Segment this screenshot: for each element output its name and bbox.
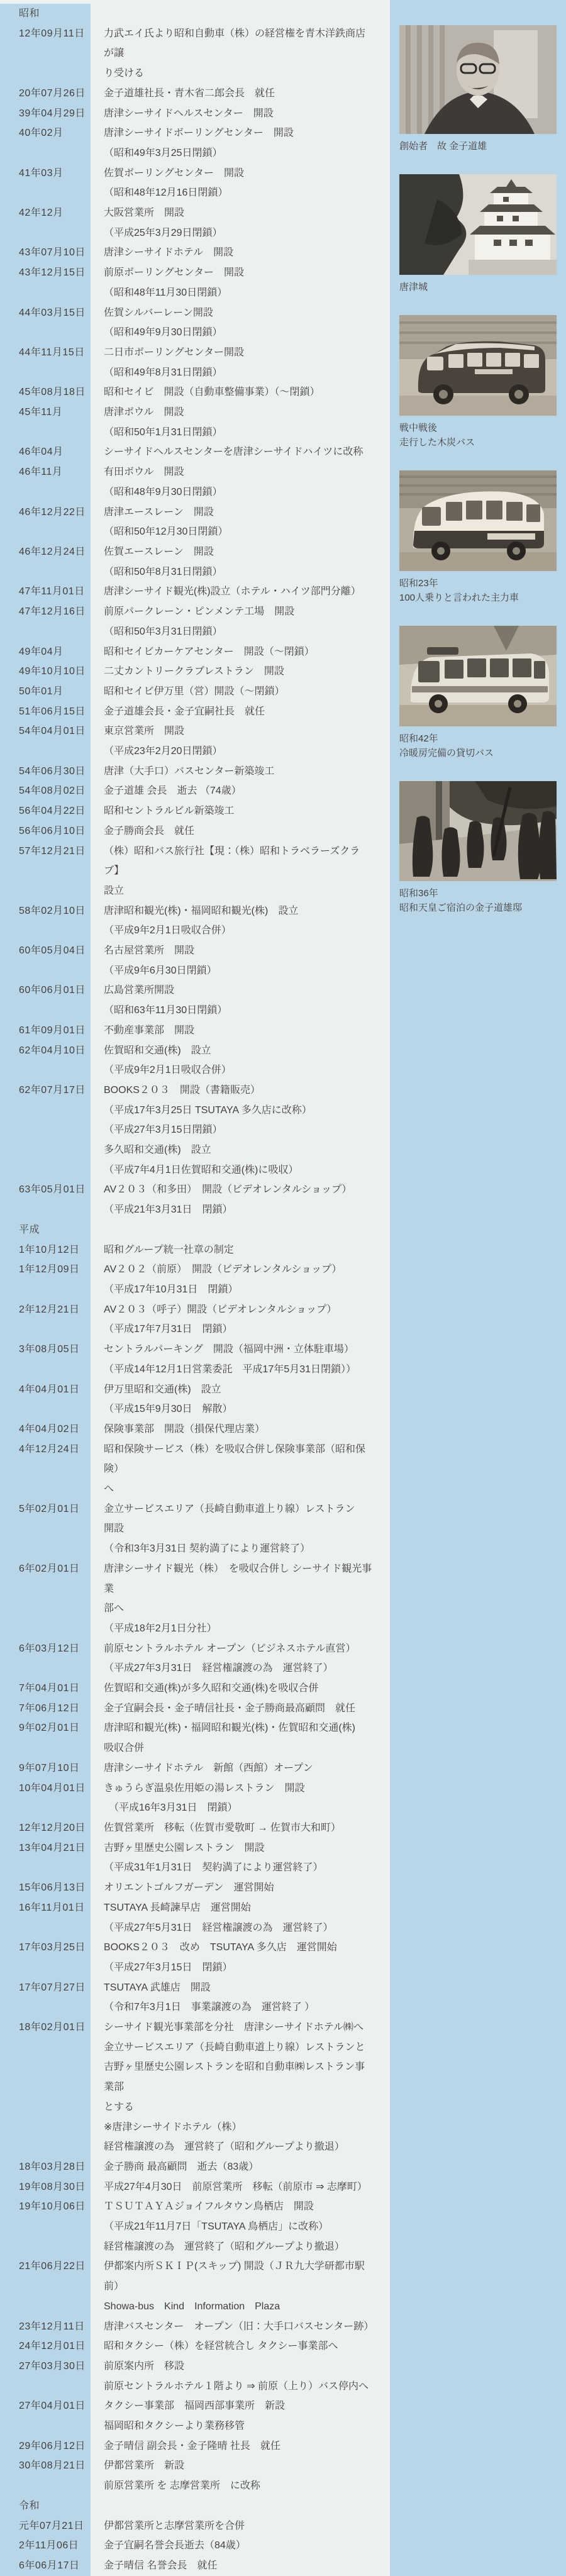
charter-bus-showa42-photo — [399, 626, 557, 726]
entry-text: 唐津昭和観光(株)・福岡昭和観光(株) 設立（平成9年2月1日吸収合併） — [91, 901, 390, 941]
entry-line: 前原案内所 移設 — [104, 2357, 374, 2377]
entry-text: 唐津シーサイドヘルスセンター 開設 — [91, 104, 390, 124]
entry-text: 昭和セイビカーケアセンター 開設（～閉鎖） — [91, 642, 390, 662]
entry-line: へ — [104, 1479, 374, 1499]
entry-line: 設立 — [104, 881, 374, 901]
entry-line: 佐賀営業所 移転（佐賀市愛敬町 → 佐賀市大和町） — [104, 1818, 374, 1838]
photo-caption-line: 昭和42年 — [399, 731, 557, 746]
timeline-entry: 27年04月01日タクシー事業部 福岡西部事業所 新設福岡昭和タクシーより業務移… — [0, 2396, 390, 2436]
entry-line: 吉野ヶ里歴史公園レストラン 開設 — [104, 1838, 374, 1858]
photo-caption: 昭和23年100人乗りと言われた主力車 — [399, 576, 557, 605]
entry-date: 23年12月11日 — [0, 2317, 91, 2337]
entry-text: 唐津昭和観光(株)・福岡昭和観光(株)・佐賀昭和交通(株)吸収合併 — [91, 1718, 390, 1758]
entry-text: 佐賀シルバーレーン開設（昭和49年9月30日閉鎖） — [91, 303, 390, 343]
entry-date: 56年06月10日 — [0, 821, 91, 841]
timeline-entry: 49年10月10日二丈カントリークラブレストラン 開設 — [0, 662, 390, 682]
entry-date: 2年12月21日 — [0, 1300, 91, 1340]
entry-date: 16年11月01日 — [0, 1898, 91, 1938]
timeline-entry: 58年02月10日唐津昭和観光(株)・福岡昭和観光(株) 設立（平成9年2月1日… — [0, 901, 390, 941]
timeline-entry: 44年03月15日佐賀シルバーレーン開設（昭和49年9月30日閉鎖） — [0, 303, 390, 343]
entry-line: （昭和49年8月31日閉鎖） — [104, 363, 374, 383]
timeline-entry: 56年04月22日昭和セントラルビル新築竣工 — [0, 801, 390, 821]
entry-line: オリエントゴルフガーデン 運営開始 — [104, 1878, 374, 1898]
entry-line: （平成18年2月1日分社） — [104, 1619, 374, 1639]
timeline-entry: 45年11月唐津ボウル 開設（昭和50年1月31日閉鎖） — [0, 402, 390, 442]
entry-line: （平成15年9月30日 解散） — [104, 1399, 374, 1419]
entry-line: 大阪営業所 開設 — [104, 203, 374, 223]
entry-text: 前原ボーリングセンター 開設（昭和48年11月30日閉鎖） — [91, 263, 390, 303]
entry-text: BOOKS２０３ 開設（書籍販売）（平成17年3月25日 TSUTAYA 多久店… — [91, 1080, 390, 1180]
timeline-entry: 60年05月04日名古屋営業所 開設（平成9年6月30日閉鎖） — [0, 941, 390, 980]
entry-date: 54年06月30日 — [0, 762, 91, 782]
entry-line: タクシー事業部 福岡西部事業所 新設 — [104, 2396, 374, 2416]
timeline-entry: 42年12月大阪営業所 開設（平成25年3月29日閉鎖） — [0, 203, 390, 243]
entry-date: 1年12月09日 — [0, 1260, 91, 1299]
entry-date: 19年08月30日 — [0, 2177, 91, 2197]
entry-line: セントラルパーキング 開設（福岡中洲・立体駐車場） — [104, 1340, 374, 1360]
entry-line: （昭和49年3月25日閉鎖） — [104, 143, 374, 164]
entry-line: 力武エイ氏より昭和自動車（株）の経営権を青木洋鉄商店が譲 — [104, 24, 374, 64]
timeline-entry: 18年02月01日シーサイド観光事業部を分社 唐津シーサイドホテル㈱へ金立サービ… — [0, 2018, 390, 2157]
entry-date: 46年12月24日 — [0, 542, 91, 582]
entry-text: TSUTAYA 長崎諫早店 運営開始（平成27年5月31日 経営権譲渡の為 運営… — [91, 1898, 390, 1938]
timeline-entry: 54年08月02日金子道雄 会長 逝去 （74歳） — [0, 781, 390, 801]
entry-line: 伊万里昭和交通(株) 設立 — [104, 1380, 374, 1400]
entry-line: （平成27年5月31日 経営権譲渡の為 運営終了） — [104, 1918, 374, 1938]
timeline-entry: 46年11月有田ボウル 開設（昭和48年9月30日閉鎖） — [0, 462, 390, 502]
timeline-entry: 21年06月22日伊都案内所ＳＫＩＰ(スキップ) 開設（ＪＲ九大学研都市駅前）S… — [0, 2257, 390, 2316]
entry-text: 広島営業所開設（昭和63年11月30日閉鎖） — [91, 980, 390, 1020]
timeline-entry: 51年06月15日金子道雄会長・金子宜嗣社長 就任 — [0, 702, 390, 722]
entry-line: 伊都営業所と志摩営業所を合併 — [104, 2516, 374, 2536]
entry-line: 唐津シーサイドヘルスセンター 開設 — [104, 104, 374, 124]
entry-date: 54年08月02日 — [0, 781, 91, 801]
entry-line: 昭和セイビ 開設（自動車整備事業）（～閉鎖） — [104, 382, 374, 402]
entry-date: 1年10月12日 — [0, 1240, 91, 1260]
entry-line: 唐津バスセンター オープン（旧：大手口バスセンター跡） — [104, 2317, 374, 2337]
timeline-entry: 15年06月13日オリエントゴルフガーデン 運営開始 — [0, 1878, 390, 1898]
entry-line: 金立サービスエリア（長崎自動車道上り線）レストラン 開設 — [104, 1499, 374, 1539]
timeline-entry: 39年04月29日唐津シーサイドヘルスセンター 開設 — [0, 104, 390, 124]
timeline-entry: 13年04月21日吉野ヶ里歴史公園レストラン 開設（平成31年1月31日 契約満… — [0, 1838, 390, 1878]
entry-line: ※唐津シーサイドホテル（株） — [104, 2118, 374, 2138]
timeline-entry: 45年08月18日昭和セイビ 開設（自動車整備事業）（～閉鎖） — [0, 382, 390, 402]
entry-text: 東京営業所 開設（平成23年2月20日閉鎖） — [91, 721, 390, 761]
entry-text: シーサイド観光事業部を分社 唐津シーサイドホテル㈱へ金立サービスエリア（長崎自動… — [91, 2018, 390, 2157]
entry-line: （昭和48年12月16日閉鎖） — [104, 183, 374, 203]
era-label: 令和 — [19, 2501, 40, 2511]
main-bus-showa23-photo-block: 昭和23年100人乗りと言われた主力車 — [399, 470, 557, 605]
entry-date: 63年05月01日 — [0, 1180, 91, 1219]
timeline-entry: 2年12月21日AV２０３（呼子）開設（ビデオレンタルショップ）（平成17年7月… — [0, 1300, 390, 1340]
entry-line: シーサイドヘルスセンターを唐津シーサイドハイツに改称 — [104, 442, 374, 462]
entry-line: Showa-bus Kind Information Plaza — [104, 2297, 374, 2317]
entry-line: 唐津シーサイドホテル 新館（西館）オープン — [104, 1758, 374, 1779]
entry-text: 保険事業部 開設（損保代理店業） — [91, 1419, 390, 1440]
entry-text: 有田ボウル 開設（昭和48年9月30日閉鎖） — [91, 462, 390, 502]
timeline-entry: 9年07月10日唐津シーサイドホテル 新館（西館）オープン — [0, 1758, 390, 1779]
entry-line: 佐賀昭和交通(株) 設立 — [104, 1041, 374, 1061]
entry-text: オリエントゴルフガーデン 運営開始 — [91, 1878, 390, 1898]
entry-line: （平成27年3月15日閉鎖） — [104, 1120, 374, 1140]
entry-line: 不動産事業部 開設 — [104, 1021, 374, 1041]
entry-line: （平成23年2月20日閉鎖） — [104, 741, 374, 762]
entry-line: （株）昭和バス旅行社【現：（株）昭和トラベラーズクラブ】 — [104, 841, 374, 881]
timeline-entry: 41年03月佐賀ボーリングセンター 開設（昭和48年12月16日閉鎖） — [0, 164, 390, 203]
era-header-row: 令和 — [0, 2496, 390, 2516]
entry-text: 佐賀ボーリングセンター 開設（昭和48年12月16日閉鎖） — [91, 164, 390, 203]
entry-line: 伊都案内所ＳＫＩＰ(スキップ) 開設（ＪＲ九大学研都市駅前） — [104, 2257, 374, 2296]
entry-line: 昭和グループ統一社章の制定 — [104, 1240, 374, 1260]
entry-line: （平成21年11月7日「TSUTAYA 鳥栖店」に改称） — [104, 2217, 374, 2237]
timeline-entry: 54年04月01日東京営業所 開設（平成23年2月20日閉鎖） — [0, 721, 390, 761]
entry-text: 昭和タクシー（株）を経営統合し タクシー事業部へ — [91, 2336, 390, 2357]
entry-line: 有田ボウル 開設 — [104, 462, 374, 482]
entry-date: 12年09月11日 — [0, 24, 91, 84]
entry-line: TSUTAYA 長崎諫早店 運営開始 — [104, 1898, 374, 1918]
entry-text: 金子勝商 最高顧問 逝去（83歳） — [91, 2157, 390, 2177]
entry-date: 元年07月21日 — [0, 2516, 91, 2536]
entry-line: 佐賀エースレーン 開設 — [104, 542, 374, 562]
karatsu-castle-photo — [399, 174, 557, 275]
entry-line: 佐賀シルバーレーン開設 — [104, 303, 374, 323]
entry-line: 平成27年4月30日 前原営業所 移転（前原市 ⇒ 志摩町） — [104, 2177, 374, 2197]
entry-line: 経営権譲渡の為 運営終了（昭和グループより撤退） — [104, 2137, 374, 2157]
timeline-entry: 27年03月30日前原案内所 移設前原セントラルホテル１階より ⇒ 前原（上り）… — [0, 2357, 390, 2396]
entry-text: 佐賀エースレーン 開設（昭和50年8月31日閉鎖） — [91, 542, 390, 582]
timeline-entry: 17年07月27日TSUTAYA 武雄店 開設（令和7年3月1日 事業譲渡の為 … — [0, 1978, 390, 2018]
entry-line: （昭和50年12月30日閉鎖） — [104, 522, 374, 542]
timeline-entry: 17年03月25日BOOKS２０３ 改め TSUTAYA 多久店 運営開始（平成… — [0, 1938, 390, 1977]
entry-line: 前原営業所 を 志摩営業所 に改称 — [104, 2476, 374, 2496]
entry-date: 60年05月04日 — [0, 941, 91, 980]
entry-date: 56年04月22日 — [0, 801, 91, 821]
entry-line: 前原セントラルホテル１階より ⇒ 前原（上り）バス停内へ — [104, 2377, 374, 2397]
entry-text: タクシー事業部 福岡西部事業所 新設福岡昭和タクシーより業務移管 — [91, 2396, 390, 2436]
photo-caption-line: 冷暖房完備の貸切バス — [399, 746, 557, 760]
era-header-spacer — [91, 4, 390, 24]
entry-text: 前原案内所 移設前原セントラルホテル１階より ⇒ 前原（上り）バス停内へ — [91, 2357, 390, 2396]
founder-portrait-photo — [399, 25, 557, 134]
timeline-entry: 54年06月30日唐津（大手口）バスセンター新築竣工 — [0, 762, 390, 782]
timeline-entry: 23年12月11日唐津バスセンター オープン（旧：大手口バスセンター跡） — [0, 2317, 390, 2337]
timeline-entry: 57年12月21日（株）昭和バス旅行社【現：（株）昭和トラベラーズクラブ】設立 — [0, 841, 390, 901]
founder-portrait-photo-block: 創始者 故 金子道雄 — [399, 0, 557, 153]
photo-caption-line: 昭和23年 — [399, 576, 557, 591]
entry-line: 金立サービスエリア（長崎自動車道上り線）レストランと — [104, 2038, 374, 2058]
timeline-entry: 12年12月20日佐賀営業所 移転（佐賀市愛敬町 → 佐賀市大和町） — [0, 1818, 390, 1838]
timeline-entry: 12年09月11日力武エイ氏より昭和自動車（株）の経営権を青木洋鉄商店が譲り受け… — [0, 24, 390, 84]
entry-date: 18年02月01日 — [0, 2018, 91, 2157]
entry-line: 唐津シーサイドホテル 開設 — [104, 243, 374, 263]
entry-date: 13年04月21日 — [0, 1838, 91, 1878]
entry-date: 49年04月 — [0, 642, 91, 662]
main-bus-showa23-photo — [399, 470, 557, 571]
timeline-entry: 20年07月26日金子道雄社長・青木省二郎会長 就任 — [0, 84, 390, 104]
entry-text: 二日市ボーリングセンター開設（昭和49年8月31日閉鎖） — [91, 343, 390, 382]
timeline-entry: 60年06月01日広島営業所開設（昭和63年11月30日閉鎖） — [0, 980, 390, 1020]
timeline-entry: 7年04月01日佐賀昭和交通(株)が多久昭和交通(株)を吸収合併 — [0, 1679, 390, 1699]
entry-date: 49年10月10日 — [0, 662, 91, 682]
entry-date: 12年12月20日 — [0, 1818, 91, 1838]
entry-text: ＴＳＵＴＡＹＡジョイフルタウン鳥栖店 開設（平成21年11月7日「TSUTAYA… — [91, 2197, 390, 2257]
timeline-rows: 昭和12年09月11日力武エイ氏より昭和自動車（株）の経営権を青木洋鉄商店が譲り… — [0, 4, 390, 2576]
entry-line: （昭和48年11月30日閉鎖） — [104, 283, 374, 303]
entry-line: （平成14年12月1日営業委託 平成17年5月31日閉鎖）） — [104, 1360, 374, 1380]
entry-text: AV２０３（和多田） 開設（ビデオレンタルショップ）（平成21年3月31日 閉鎖… — [91, 1180, 390, 1219]
entry-date: 58年02月10日 — [0, 901, 91, 941]
entry-text: 唐津エースレーン 開設（昭和50年12月30日閉鎖） — [91, 502, 390, 542]
entry-line: 経営権譲渡の為 運営終了（昭和グループより撤退） — [104, 2237, 374, 2257]
timeline-entry: 4年04月02日保険事業部 開設（損保代理店業） — [0, 1419, 390, 1440]
timeline-entry: 6年02月01日唐津シーサイド観光（株） を吸収合併し シーサイド観光事業部へ（… — [0, 1559, 390, 1639]
entry-date: 20年07月26日 — [0, 84, 91, 104]
entry-date: 41年03月 — [0, 164, 91, 203]
entry-date: 17年07月27日 — [0, 1978, 91, 2018]
entry-date: 9年07月10日 — [0, 1758, 91, 1779]
entry-text: 二丈カントリークラブレストラン 開設 — [91, 662, 390, 682]
entry-text: 金子宜嗣名誉会長逝去（84歳） — [91, 2536, 390, 2556]
entry-line: 保険事業部 開設（損保代理店業） — [104, 1419, 374, 1440]
timeline-entry: 30年08月21日伊都営業所 新設前原営業所 を 志摩営業所 に改称 — [0, 2456, 390, 2495]
era-header-spacer — [91, 2496, 390, 2516]
entry-line: 昭和タクシー（株）を経営統合し タクシー事業部へ — [104, 2336, 374, 2357]
entry-line: 金子宜嗣名誉会長逝去（84歳） — [104, 2536, 374, 2556]
entry-date: 18年03月28日 — [0, 2157, 91, 2177]
entry-line: 金子晴信 名誉会長 就任 — [104, 2556, 374, 2576]
timeline-entry: 29年06月12日金子晴信 副会長・金子隆晴 社長 就任 — [0, 2436, 390, 2457]
entry-line: （平成17年7月31日 閉鎖） — [104, 1319, 374, 1340]
entry-date: 57年12月21日 — [0, 841, 91, 901]
entry-line: 前原ボーリングセンター 開設 — [104, 263, 374, 283]
entry-text: TSUTAYA 武雄店 開設（令和7年3月1日 事業譲渡の為 運営終了 ） — [91, 1978, 390, 2018]
entry-line: BOOKS２０３ 開設（書籍販売） — [104, 1080, 374, 1101]
entry-date: 40年02月 — [0, 123, 91, 163]
entry-line: 吸収合併 — [104, 1738, 374, 1758]
entry-text: 唐津（大手口）バスセンター新築竣工 — [91, 762, 390, 782]
photo-caption-line: 100人乗りと言われた主力車 — [399, 591, 557, 605]
entry-line: 昭和セイビ伊万里（営）開設（～閉鎖） — [104, 682, 374, 702]
entry-date: 46年04月 — [0, 442, 91, 462]
photo-caption: 創始者 故 金子道雄 — [399, 139, 557, 153]
entry-text: 金子道雄社長・青木省二郎会長 就任 — [91, 84, 390, 104]
entry-line: 金子道雄 会長 逝去 （74歳） — [104, 781, 374, 801]
entry-text: 唐津シーサイドホテル 新館（西館）オープン — [91, 1758, 390, 1779]
entry-line: 昭和セイビカーケアセンター 開設（～閉鎖） — [104, 642, 374, 662]
timeline-entry: 49年04月昭和セイビカーケアセンター 開設（～閉鎖） — [0, 642, 390, 662]
entry-line: 伊都営業所 新設 — [104, 2456, 374, 2476]
timeline-entry: 19年08月30日平成27年4月30日 前原営業所 移転（前原市 ⇒ 志摩町） — [0, 2177, 390, 2197]
entry-date: 47年11月01日 — [0, 582, 91, 602]
entry-date: 4年04月02日 — [0, 1419, 91, 1440]
entry-line: （平成9年6月30日閉鎖） — [104, 961, 374, 981]
entry-line: 昭和セントラルビル新築竣工 — [104, 801, 374, 821]
entry-line: （令和3年3月31日 契約満了により運営終了） — [104, 1539, 374, 1559]
entry-text: 金子道雄 会長 逝去 （74歳） — [91, 781, 390, 801]
entry-date: 27年04月01日 — [0, 2396, 91, 2436]
entry-text: 金子勝商会長 就任 — [91, 821, 390, 841]
photo-sidebar: 創始者 故 金子道雄 唐津城 — [390, 0, 566, 2576]
photo-caption: 昭和42年冷暖房完備の貸切バス — [399, 731, 557, 760]
entry-line: 佐賀ボーリングセンター 開設 — [104, 164, 374, 184]
entry-text: 力武エイ氏より昭和自動車（株）の経営権を青木洋鉄商店が譲り受ける — [91, 24, 390, 84]
entry-line: 多久昭和交通(株) 設立 — [104, 1140, 374, 1160]
timeline-entry: 62年07月17日BOOKS２０３ 開設（書籍販売）（平成17年3月25日 TS… — [0, 1080, 390, 1180]
entry-text: 金子道雄会長・金子宜嗣社長 就任 — [91, 702, 390, 722]
entry-line: 金子晴信 副会長・金子隆晴 社長 就任 — [104, 2436, 374, 2457]
entry-line: （平成16年3月31日 閉鎖） — [104, 1798, 374, 1818]
entry-line: 唐津シーサイド観光（株） を吸収合併し シーサイド観光事業 — [104, 1559, 374, 1599]
timeline-entry: 18年03月28日金子勝商 最高顧問 逝去（83歳） — [0, 2157, 390, 2177]
entry-date: 6年02月01日 — [0, 1559, 91, 1639]
entry-line: 前原パークレーン・ピンメンテ工場 開設 — [104, 602, 374, 622]
era-header-row: 平成 — [0, 1220, 390, 1240]
entry-date: 61年09月01日 — [0, 1021, 91, 1041]
entry-date: 5年02月01日 — [0, 1499, 91, 1559]
photo-caption: 唐津城 — [399, 280, 557, 294]
timeline-entry: 61年09月01日不動産事業部 開設 — [0, 1021, 390, 1041]
entry-text: 金立サービスエリア（長崎自動車道上り線）レストラン 開設（令和3年3月31日 契… — [91, 1499, 390, 1559]
entry-date: 30年08月21日 — [0, 2456, 91, 2495]
entry-text: AV２０２（前原） 開設（ビデオレンタルショップ）（平成17年10月31日 閉鎖… — [91, 1260, 390, 1299]
entry-line: 部へ — [104, 1599, 374, 1619]
entry-text: 不動産事業部 開設 — [91, 1021, 390, 1041]
timeline-entry: 63年05月01日AV２０３（和多田） 開設（ビデオレンタルショップ）（平成21… — [0, 1180, 390, 1219]
timeline-entry: 元年07月21日伊都営業所と志摩営業所を合併 — [0, 2516, 390, 2536]
entry-date: 10年04月01日 — [0, 1779, 91, 1818]
karatsu-castle-photo-block: 唐津城 — [399, 174, 557, 294]
entry-line: （昭和50年3月31日閉鎖） — [104, 622, 374, 642]
photo-caption-line: 唐津城 — [399, 280, 557, 294]
entry-text: きゅうらぎ温泉佐用姫の湯レストラン 開設 （平成16年3月31日 閉鎖） — [91, 1779, 390, 1818]
entry-date: 44年03月15日 — [0, 303, 91, 343]
entry-text: 昭和グループ統一社章の制定 — [91, 1240, 390, 1260]
entry-date: 21年06月22日 — [0, 2257, 91, 2316]
entry-line: 二日市ボーリングセンター開設 — [104, 343, 374, 363]
entry-date: 6年03月12日 — [0, 1639, 91, 1679]
entry-line: 東京営業所 開設 — [104, 721, 374, 741]
entry-line: とする — [104, 2097, 374, 2118]
entry-date: 29年06月12日 — [0, 2436, 91, 2457]
history-timeline: 昭和12年09月11日力武エイ氏より昭和自動車（株）の経営権を青木洋鉄商店が譲り… — [0, 0, 390, 2576]
timeline-entry: 7年06月12日金子宜嗣会長・金子晴信社長・金子勝商最高顧問 就任 — [0, 1699, 390, 1719]
timeline-entry: 40年02月唐津シーサイドボーリングセンター 開設（昭和49年3月25日閉鎖） — [0, 123, 390, 163]
entry-line: 前原セントラルホテル オープン（ビジネスホテル直営） — [104, 1639, 374, 1659]
entry-line: 広島営業所開設 — [104, 980, 374, 1001]
entry-text: 平成27年4月30日 前原営業所 移転（前原市 ⇒ 志摩町） — [91, 2177, 390, 2197]
entry-line: （平成17年10月31日 閉鎖） — [104, 1280, 374, 1300]
photo-caption-line: 昭和36年 — [399, 886, 557, 901]
timeline-entry: 19年10月06日ＴＳＵＴＡＹＡジョイフルタウン鳥栖店 開設（平成21年11月7… — [0, 2197, 390, 2257]
entry-text: 前原パークレーン・ピンメンテ工場 開設（昭和50年3月31日閉鎖） — [91, 602, 390, 641]
entry-date: 46年11月 — [0, 462, 91, 502]
timeline-entry: 43年12月15日前原ボーリングセンター 開設（昭和48年11月30日閉鎖） — [0, 263, 390, 303]
entry-text: 昭和セントラルビル新築竣工 — [91, 801, 390, 821]
era-header-spacer — [91, 1220, 390, 1240]
timeline-entry: 47年11月01日唐津シーサイド観光(株)設立（ホテル・ハイツ部門分離） — [0, 582, 390, 602]
entry-text: 唐津ボウル 開設（昭和50年1月31日閉鎖） — [91, 402, 390, 442]
entry-line: 金子勝商 最高顧問 逝去（83歳） — [104, 2157, 374, 2177]
entry-line: 吉野ヶ里歴史公園レストランを昭和自動車㈱レストラン事業部 — [104, 2057, 374, 2097]
timeline-entry: 4年12月24日昭和保険サービス（株）を吸収合併し保険事業部（昭和保険）へ — [0, 1440, 390, 1499]
entry-line: （平成27年3月31日 経営権譲渡の為 運営終了） — [104, 1658, 374, 1679]
entry-line: （平成31年1月31日 契約満了により運営終了） — [104, 1858, 374, 1878]
entry-line: TSUTAYA 武雄店 開設 — [104, 1978, 374, 1998]
entry-line: （昭和50年1月31日閉鎖） — [104, 423, 374, 443]
entry-line: （平成17年3月25日 TSUTAYA 多久店に改称） — [104, 1101, 374, 1121]
timeline-entry: 9年02月01日唐津昭和観光(株)・福岡昭和観光(株)・佐賀昭和交通(株)吸収合… — [0, 1718, 390, 1758]
entry-date: 51年06月15日 — [0, 702, 91, 722]
entry-text: 伊都営業所 新設前原営業所 を 志摩営業所 に改称 — [91, 2456, 390, 2495]
entry-line: 福岡昭和タクシーより業務移管 — [104, 2416, 374, 2436]
entry-text: AV２０３（呼子）開設（ビデオレンタルショップ）（平成17年7月31日 閉鎖） — [91, 1300, 390, 1340]
entry-line: 金子勝商会長 就任 — [104, 821, 374, 841]
entry-date: 54年04月01日 — [0, 721, 91, 761]
entry-date: 62年04月10日 — [0, 1041, 91, 1080]
entry-line: （昭和63年11月30日閉鎖） — [104, 1001, 374, 1021]
kaneko-residence-showa36-photo — [399, 781, 557, 881]
entry-date: 24年12月01日 — [0, 2336, 91, 2357]
entry-line: 金子道雄会長・金子宜嗣社長 就任 — [104, 702, 374, 722]
entry-line: 唐津昭和観光(株)・福岡昭和観光(株)・佐賀昭和交通(株) — [104, 1718, 374, 1738]
charcoal-bus-photo-block: 戦中戦後走行した木炭バス — [399, 315, 557, 450]
kaneko-residence-showa36-photo-block: 昭和36年昭和天皇ご宿泊の金子道雄邸 — [399, 781, 557, 915]
timeline-entry: 5年02月01日金立サービスエリア（長崎自動車道上り線）レストラン 開設（令和3… — [0, 1499, 390, 1559]
timeline-entry: 2年11月06日金子宜嗣名誉会長逝去（84歳） — [0, 2536, 390, 2556]
entry-line: 佐賀昭和交通(株)が多久昭和交通(株)を吸収合併 — [104, 1679, 374, 1699]
entry-date: 43年07月10日 — [0, 243, 91, 263]
entry-line: 唐津昭和観光(株)・福岡昭和観光(株) 設立 — [104, 901, 374, 921]
entry-line: 唐津シーサイドボーリングセンター 開設 — [104, 123, 374, 143]
era-label-cell: 昭和 — [0, 4, 91, 24]
entry-date: 50年01月 — [0, 682, 91, 702]
entry-text: 唐津シーサイド観光（株） を吸収合併し シーサイド観光事業部へ（平成18年2月1… — [91, 1559, 390, 1639]
entry-line: （昭和48年9月30日閉鎖） — [104, 482, 374, 502]
entry-text: 昭和セイビ伊万里（営）開設（～閉鎖） — [91, 682, 390, 702]
entry-text: 昭和保険サービス（株）を吸収合併し保険事業部（昭和保険）へ — [91, 1440, 390, 1499]
photo-caption-line: 戦中戦後 — [399, 421, 557, 435]
entry-line: AV２０３（和多田） 開設（ビデオレンタルショップ） — [104, 1180, 374, 1200]
entry-date: 4年04月01日 — [0, 1380, 91, 1419]
timeline-entry: 6年03月12日前原セントラルホテル オープン（ビジネスホテル直営）（平成27年… — [0, 1639, 390, 1679]
entry-date: 45年11月 — [0, 402, 91, 442]
entry-line: 金子道雄社長・青木省二郎会長 就任 — [104, 84, 374, 104]
entry-date: 9年02月01日 — [0, 1718, 91, 1758]
entry-date: 2年11月06日 — [0, 2536, 91, 2556]
entry-text: 伊万里昭和交通(株) 設立（平成15年9月30日 解散） — [91, 1380, 390, 1419]
entry-line: シーサイド観光事業部を分社 唐津シーサイドホテル㈱へ — [104, 2018, 374, 2038]
entry-line: AV２０３（呼子）開設（ビデオレンタルショップ） — [104, 1300, 374, 1320]
timeline-entry: 46年12月24日佐賀エースレーン 開設（昭和50年8月31日閉鎖） — [0, 542, 390, 582]
entry-date: 46年12月22日 — [0, 502, 91, 542]
entry-date: 27年03月30日 — [0, 2357, 91, 2396]
entry-line: 昭和保険サービス（株）を吸収合併し保険事業部（昭和保険） — [104, 1440, 374, 1479]
timeline-entry: 4年04月01日伊万里昭和交通(株) 設立（平成15年9月30日 解散） — [0, 1380, 390, 1419]
entry-date: 19年10月06日 — [0, 2197, 91, 2257]
entry-line: （平成9年2月1日吸収合併） — [104, 1060, 374, 1080]
entry-text: 伊都営業所と志摩営業所を合併 — [91, 2516, 390, 2536]
entry-text: （株）昭和バス旅行社【現：（株）昭和トラベラーズクラブ】設立 — [91, 841, 390, 901]
entry-line: 金子宜嗣会長・金子晴信社長・金子勝商最高顧問 就任 — [104, 1699, 374, 1719]
entry-line: 二丈カントリークラブレストラン 開設 — [104, 662, 374, 682]
entry-line: （平成25年3月29日閉鎖） — [104, 223, 374, 243]
entry-line: きゅうらぎ温泉佐用姫の湯レストラン 開設 — [104, 1779, 374, 1799]
entry-text: 佐賀営業所 移転（佐賀市愛敬町 → 佐賀市大和町） — [91, 1818, 390, 1838]
entry-text: 唐津シーサイドホテル 開設 — [91, 243, 390, 263]
timeline-entry: 62年04月10日佐賀昭和交通(株) 設立（平成9年2月1日吸収合併） — [0, 1041, 390, 1080]
entry-date: 60年06月01日 — [0, 980, 91, 1020]
entry-line: （平成21年3月31日 閉鎖） — [104, 1200, 374, 1220]
